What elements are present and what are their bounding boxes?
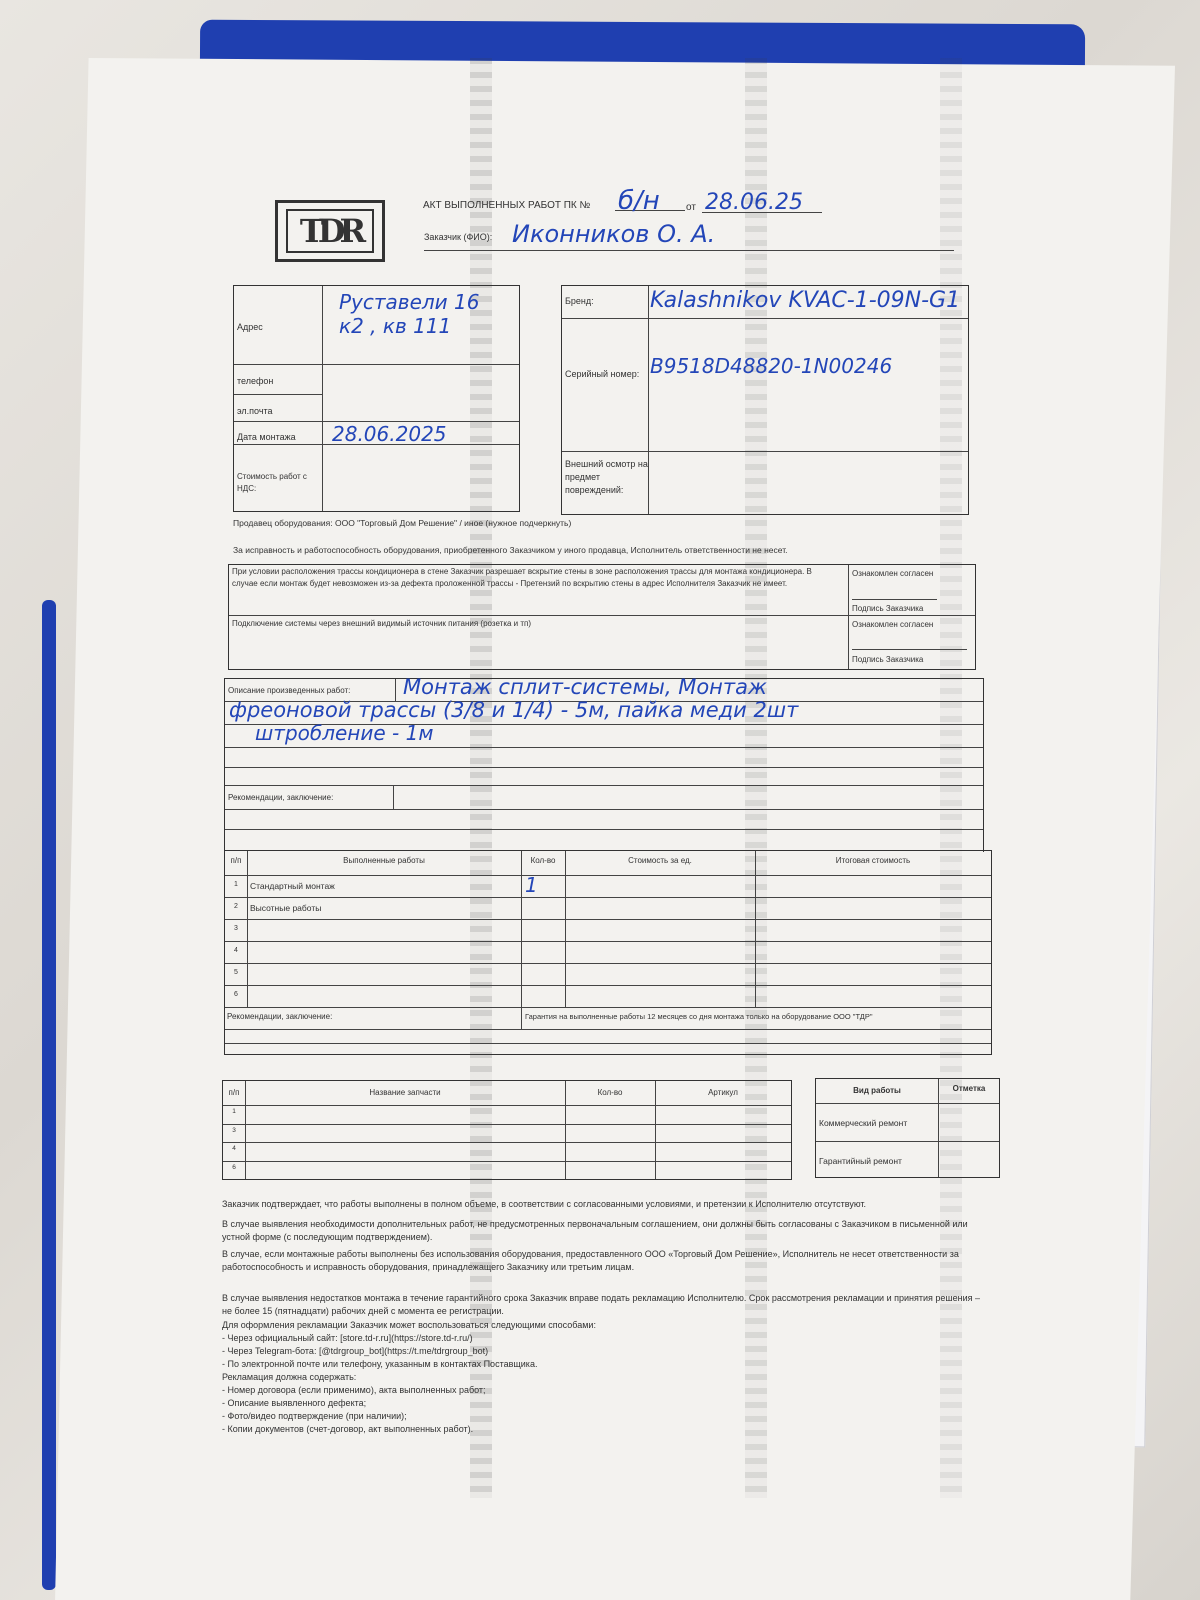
work-total[interactable]: [760, 963, 985, 985]
row-number: 4: [223, 1145, 245, 1152]
work-description-line1[interactable]: Монтаж сплит-системы, Монтаж: [403, 675, 767, 699]
work-unit-price[interactable]: [570, 941, 750, 963]
seller-note: Продавец оборудования: ООО "Торговый Дом…: [233, 518, 571, 528]
phone-label: телефон: [237, 376, 273, 386]
work-description-label: Описание произведенных работ:: [228, 686, 350, 695]
work-total[interactable]: [760, 875, 985, 897]
address-label: Адрес: [237, 322, 263, 332]
brand-label: Бренд:: [565, 296, 594, 306]
column-header: Итоговая стоимость: [755, 856, 991, 865]
row-number: 1: [223, 1108, 245, 1115]
work-unit-price[interactable]: [570, 897, 750, 919]
act-number[interactable]: б/н: [618, 186, 660, 216]
terms-equipment: В случае, если монтажные работы выполнен…: [222, 1248, 1002, 1274]
terms-additional-work: В случае выявления необходимости дополни…: [222, 1218, 997, 1244]
customer-name[interactable]: Иконников О. А.: [512, 220, 715, 248]
recommendations-label: Рекомендации, заключение:: [228, 793, 333, 802]
works-table: п/пВыполненные работыКол-воСтоимость за …: [224, 850, 992, 1055]
column-header: Вид работы: [816, 1086, 938, 1095]
work-name: Высотные работы: [250, 903, 321, 913]
tdr-logo: TDR: [275, 200, 385, 262]
work-type-commercial: Коммерческий ремонт: [819, 1118, 907, 1128]
work-description-line2[interactable]: фреоновой трассы (3/8 и 1/4) - 5м, пайка…: [229, 698, 798, 722]
install-date-value[interactable]: 28.06.2025: [332, 422, 447, 446]
row-number: 1: [225, 881, 247, 888]
customer-label: Заказчик (ФИО):: [424, 232, 492, 242]
row-number: 3: [225, 925, 247, 932]
column-header: п/п: [225, 856, 247, 865]
part-name[interactable]: [248, 1142, 558, 1160]
warranty-note: Гарантия на выполненные работы 12 месяце…: [525, 1012, 873, 1021]
logo-mark: TDR: [286, 209, 374, 253]
column-header: п/п: [223, 1088, 245, 1097]
row-number: 5: [225, 969, 247, 976]
claim-content-item: - Копии документов (счет-договор, акт вы…: [222, 1423, 982, 1436]
liability-note: За исправность и работоспособность обору…: [233, 545, 788, 555]
email-label: эл.почта: [237, 406, 273, 416]
work-unit-price[interactable]: [570, 919, 750, 941]
consent-wall-text: При условии расположения трассы кондицио…: [232, 566, 837, 590]
commercial-mark-cell[interactable]: [942, 1105, 996, 1139]
claim-way-email: - По электронной почте или телефону, ука…: [222, 1358, 982, 1371]
parts-table: п/пНазвание запчастиКол-воАртикул1346: [222, 1080, 792, 1180]
work-type-table: Вид работыОтметкаКоммерческий ремонтГара…: [815, 1078, 1000, 1178]
column-header: Название запчасти: [245, 1088, 565, 1097]
column-header: Выполненные работы: [247, 856, 521, 865]
part-name[interactable]: [248, 1105, 558, 1123]
consent-agree-label: Ознакомлен согласен: [852, 567, 933, 580]
address-line2: к2 , кв 111: [339, 314, 479, 338]
work-unit-price[interactable]: [570, 985, 750, 1007]
install-date-label: Дата монтажа: [237, 432, 296, 442]
address-value[interactable]: Руставели 16 к2 , кв 111: [339, 290, 479, 338]
column-header: Артикул: [655, 1088, 791, 1097]
recommendations-footer-label: Рекомендации, заключение:: [227, 1012, 332, 1021]
work-qty[interactable]: 1: [525, 873, 538, 897]
column-header: Кол-во: [565, 1088, 655, 1097]
cost-label: Стоимость работ с НДС:: [237, 471, 317, 495]
claim-way-telegram[interactable]: - Через Telegram-бота: [@tdrgroup_bot](h…: [222, 1345, 982, 1358]
customer-info-table: Адрес Руставели 16 к2 , кв 111 телефон э…: [233, 285, 520, 512]
row-number: 4: [225, 947, 247, 954]
claim-content-item: - Фото/видео подтверждение (при наличии)…: [222, 1410, 982, 1423]
work-unit-price[interactable]: [570, 963, 750, 985]
terms-warranty-claim: В случае выявления недостатков монтажа в…: [222, 1292, 982, 1318]
work-name: Стандартный монтаж: [250, 881, 335, 891]
serial-value[interactable]: B9518D48820-1N00246: [650, 354, 892, 378]
warranty-mark-cell[interactable]: [942, 1143, 996, 1175]
work-total[interactable]: [760, 985, 985, 1007]
row-number: 2: [225, 903, 247, 910]
column-header: Кол-во: [521, 856, 565, 865]
consent-agree-label: Ознакомлен согласен: [852, 618, 933, 631]
claim-ways-intro: Для оформления рекламации Заказчик может…: [222, 1319, 982, 1332]
row-number: 3: [223, 1127, 245, 1134]
inspection-label: Внешний осмотр на предмет повреждений:: [565, 458, 650, 497]
serial-label: Серийный номер:: [565, 368, 640, 381]
equipment-info-table: Бренд: Kalashnikov KVAC-1-09N-G1 Серийны…: [561, 285, 969, 515]
work-description-block: Описание произведенных работ: Монтаж спл…: [224, 678, 984, 852]
part-name[interactable]: [248, 1161, 558, 1179]
date-prefix: от: [686, 202, 696, 213]
work-total[interactable]: [760, 897, 985, 919]
column-header: Стоимость за ед.: [565, 856, 755, 865]
claim-way-site[interactable]: - Через официальный сайт: [store.td-r.ru…: [222, 1332, 982, 1345]
row-number: 6: [223, 1164, 245, 1171]
work-total[interactable]: [760, 919, 985, 941]
claim-content-item: - Описание выявленного дефекта;: [222, 1397, 982, 1410]
claim-contents-intro: Рекламация должна содержать:: [222, 1371, 982, 1384]
part-name[interactable]: [248, 1124, 558, 1142]
terms-confirmation: Заказчик подтверждает, что работы выполн…: [222, 1198, 1012, 1211]
claim-ways: Для оформления рекламации Заказчик может…: [222, 1319, 982, 1436]
act-date[interactable]: 28.06.25: [705, 190, 803, 215]
column-header: Отметка: [938, 1084, 1000, 1093]
brand-value[interactable]: Kalashnikov KVAC-1-09N-G1: [650, 288, 960, 313]
consent-sign-label[interactable]: Подпись Заказчика: [852, 602, 923, 615]
act-title: АКТ ВЫПОЛНЕННЫХ РАБОТ ПК №: [423, 200, 590, 211]
consent-power-text: Подключение системы через внешний видимы…: [232, 617, 531, 630]
address-line1: Руставели 16: [339, 290, 479, 314]
work-type-warranty: Гарантийный ремонт: [819, 1156, 902, 1166]
claim-content-item: - Номер договора (если применимо), акта …: [222, 1384, 982, 1397]
work-description-line3[interactable]: штробление - 1м: [255, 721, 433, 745]
consents-table: При условии расположения трассы кондицио…: [228, 564, 976, 670]
work-total[interactable]: [760, 941, 985, 963]
row-number: 6: [225, 991, 247, 998]
act-document: TDR АКТ ВЫПОЛНЕННЫХ РАБОТ ПК № б/н от 28…: [0, 0, 1200, 1600]
work-unit-price[interactable]: [570, 875, 750, 897]
consent-sign-label[interactable]: Подпись Заказчика: [852, 653, 923, 666]
